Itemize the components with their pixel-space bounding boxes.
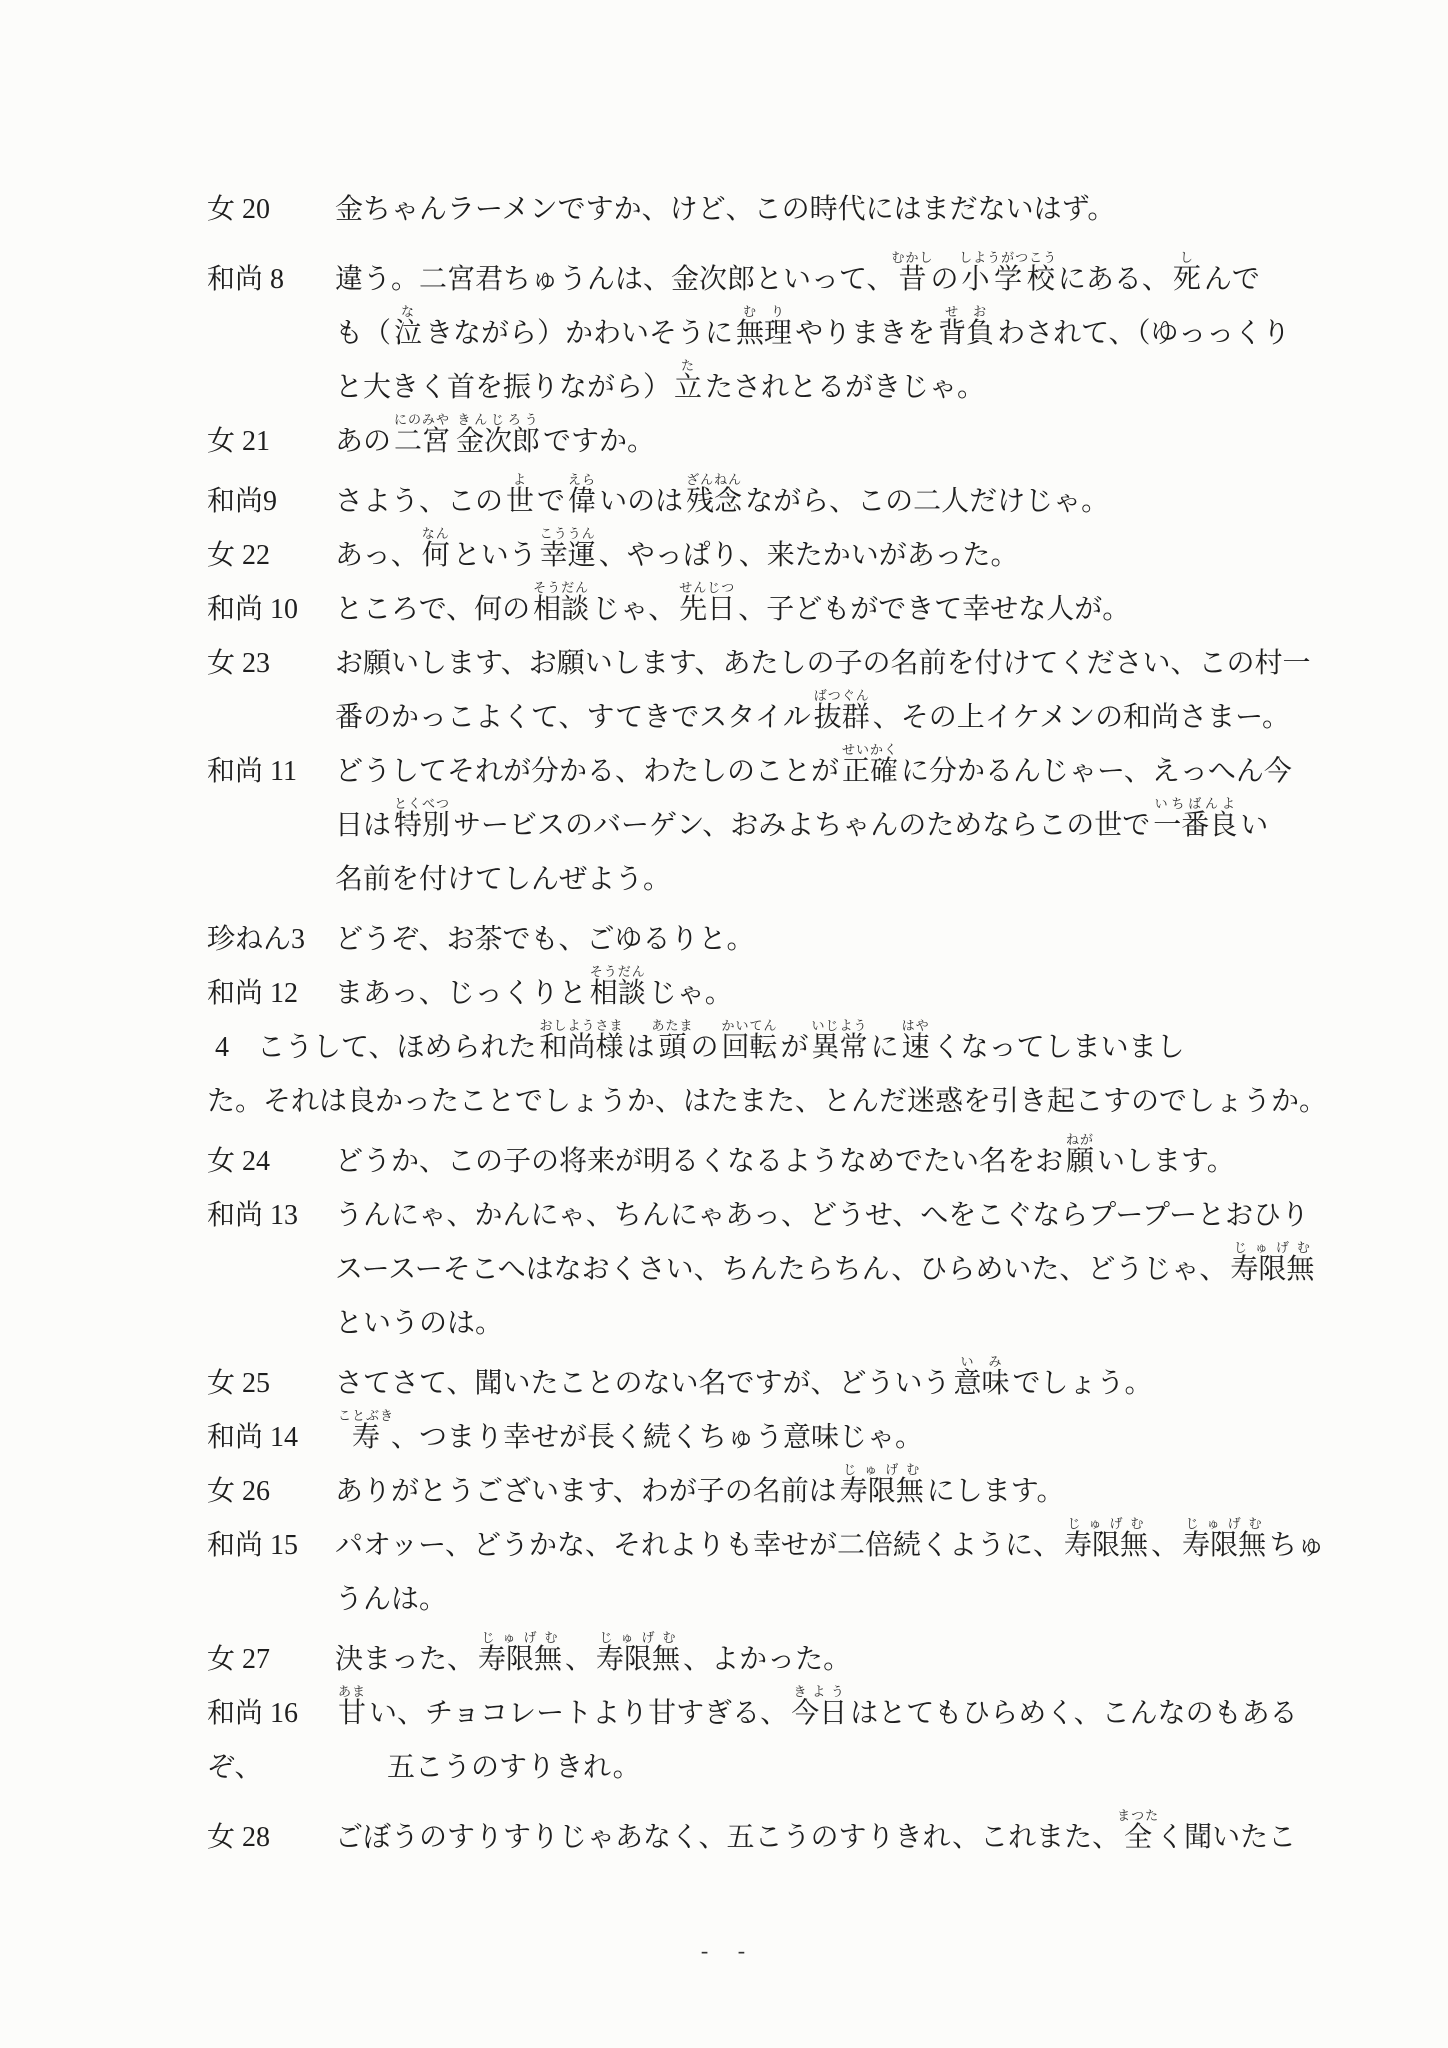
script-line: 女 28 ごぼうのすりすりじゃあなく、五こうのすりきれ、これまた、全まつたく聞い… <box>207 1800 1308 1854</box>
furigana-term: 寿限無じゅげむ <box>478 1644 562 1675</box>
line-text: た。それは良かったことでしょうか、はたまた、とんだ迷惑を引き起こすのでしょうか。 <box>207 1086 1327 1118</box>
line-text: も（泣なきながら）かわいそうに無理むりやりまきを背負せおわされて、（ゆっっくり <box>335 304 1308 350</box>
furigana-term: 速はや <box>902 1032 930 1063</box>
furigana-term: 正確せいかく <box>842 756 898 787</box>
furigana-term: 立た <box>674 372 702 403</box>
script-line: 女 27 決まった、寿限無じゅげむ、寿限無じゅげむ、よかった。 <box>207 1622 1308 1676</box>
furigana-term: 無理むり <box>736 318 792 349</box>
script-line: 和尚 15 パオッー、どうかな、それよりも幸せが二倍続くように、寿限無じゅげむ、… <box>207 1508 1308 1562</box>
line-text: 4 こうして、ほめられた和尚様おしようさまは頭あたまの回転かいてんが異常いじよう… <box>207 1018 1308 1064</box>
document-page: 女 20 金ちゃんラーメンですか、けど、この時代にはまだないはず。 和尚 8 違… <box>0 0 1448 2048</box>
speaker-label: 女 24 <box>207 1146 335 1178</box>
script-line: 和尚 8 違う。二宮君ちゅうんは、金次郎といって、昔むかしの小学校しようがつこう… <box>207 242 1308 296</box>
script-line: 和尚 12 まあっ、じっくりと相談そうだんじゃ。 <box>207 956 1308 1010</box>
speaker-label: 女 25 <box>207 1368 335 1400</box>
script-line: 女 24 どうか、この子の将来が明るくなるようなめでたい名をお願ねがいします。 <box>207 1124 1308 1178</box>
furigana-term: 泣な <box>394 318 422 349</box>
furigana-term: 頭あたま <box>657 1032 687 1063</box>
furigana-term: 昔むかし <box>897 264 927 295</box>
speaker-label: 和尚 10 <box>207 594 335 626</box>
speaker-label: 女 28 <box>207 1822 335 1854</box>
line-text: 日は特別とくべつサービスのバーゲン、おみよちゃんのためならこの世で一番良いちばん… <box>335 796 1308 842</box>
line-text: あの二宮にのみや金次郎きんじろうですか。 <box>335 412 1308 458</box>
speaker-label: 女 21 <box>207 426 335 458</box>
script-line: 和尚9 さよう、この世よで偉えらいのは残念ざんねんながら、この二人だけじゃ。 <box>207 464 1308 518</box>
script-line: も（泣なきながら）かわいそうに無理むりやりまきを背負せおわされて、（ゆっっくり <box>207 296 1308 350</box>
speaker-label: 女 20 <box>207 194 335 226</box>
furigana-term: 今日きよう <box>791 1698 847 1729</box>
speaker-label: 和尚 8 <box>207 264 335 296</box>
furigana-term: 小学校しようがつこう <box>961 264 1054 295</box>
furigana-term: 残念ざんねん <box>686 486 742 517</box>
line-text: と大きく首を振りながら）立たたされとるがきじゃ。 <box>335 358 1308 404</box>
speaker-label: 和尚 16 <box>207 1698 335 1730</box>
furigana-term: 願ねが <box>1066 1146 1094 1177</box>
furigana-term: 異常いじよう <box>812 1032 868 1063</box>
script-line: 和尚 11 どうしてそれが分かる、わたしのことが正確せいかくに分かるんじゃー、え… <box>207 734 1308 788</box>
script-line: 女 26 ありがとうございます、わが子の名前は寿限無じゅげむにします。 <box>207 1454 1308 1508</box>
line-text: パオッー、どうかな、それよりも幸せが二倍続くように、寿限無じゅげむ、寿限無じゅげ… <box>335 1516 1325 1562</box>
script-line: 和尚 13 うんにゃ、かんにゃ、ちんにゃあっ、どうせ、へをこぐならプープーとおひ… <box>207 1178 1308 1232</box>
speaker-label: 女 26 <box>207 1476 335 1508</box>
script-line: た。それは良かったことでしょうか、はたまた、とんだ迷惑を引き起こすのでしょうか。 <box>207 1064 1308 1118</box>
line-text: 名前を付けてしんぜよう。 <box>335 864 1308 896</box>
furigana-term: 抜群ばつぐん <box>814 702 870 733</box>
line-text: さてさて、聞いたことのない名ですが、どういう意味いみでしょう。 <box>335 1354 1308 1400</box>
script-line: スースーそこへはなおくさい、ちんたらちん、ひらめいた、どうじゃ、寿限無じゅげむ <box>207 1232 1308 1286</box>
script-line: と大きく首を振りながら）立たたされとるがきじゃ。 <box>207 350 1308 404</box>
line-text: ところで、何の相談そうだんじゃ、先日せんじつ、子どもができて幸せな人が。 <box>335 580 1308 626</box>
speaker-label: 和尚 12 <box>207 978 335 1010</box>
script-line: 和尚 14 寿ことぶき、つまり幸せが長く続くちゅう意味じゃ。 <box>207 1400 1308 1454</box>
script-line: 珍ねん3 どうぞ、お茶でも、ごゆるりと。 <box>207 902 1308 956</box>
line-text: というのは。 <box>335 1308 1308 1340</box>
script-line: 日は特別とくべつサービスのバーゲン、おみよちゃんのためならこの世で一番良いちばん… <box>207 788 1308 842</box>
line-text: どうか、この子の将来が明るくなるようなめでたい名をお願ねがいします。 <box>335 1132 1308 1178</box>
line-text: 寿ことぶき、つまり幸せが長く続くちゅう意味じゃ。 <box>335 1408 1308 1454</box>
speaker-label: 珍ねん3 <box>207 924 335 956</box>
furigana-term: 何なん <box>422 540 450 571</box>
line-text: 決まった、寿限無じゅげむ、寿限無じゅげむ、よかった。 <box>335 1630 1308 1676</box>
furigana-term: 寿限無じゅげむ <box>1064 1530 1148 1561</box>
speaker-label: 和尚 15 <box>207 1530 335 1562</box>
line-text: 五こうのすりきれ。 <box>335 1752 1308 1784</box>
script-line: 和尚 16 甘あまい、チョコレートより甘すぎる、今日きようはとてもひらめく、こん… <box>207 1676 1308 1730</box>
script-line: 女 22 あっ、何なんという幸運こううん、やっぱり、来たかいがあった。 <box>207 518 1308 572</box>
line-text: ありがとうございます、わが子の名前は寿限無じゅげむにします。 <box>335 1462 1308 1508</box>
furigana-term: 一番良いちばんよ <box>1153 810 1237 841</box>
furigana-term: 相談そうだん <box>590 978 646 1009</box>
furigana-term: 背負せお <box>938 318 994 349</box>
furigana-term: 寿限無じゅげむ <box>1182 1530 1266 1561</box>
furigana-term: 寿限無じゅげむ <box>1230 1254 1314 1285</box>
script-line: 女 20 金ちゃんラーメンですか、けど、この時代にはまだないはず。 <box>207 172 1308 226</box>
line-text: 金ちゃんラーメンですか、けど、この時代にはまだないはず。 <box>335 194 1308 226</box>
script-line: 名前を付けてしんぜよう。 <box>207 842 1308 896</box>
line-text: まあっ、じっくりと相談そうだんじゃ。 <box>335 964 1308 1010</box>
furigana-term: 全まつた <box>1123 1822 1153 1853</box>
furigana-term: 相談そうだん <box>533 594 589 625</box>
script-line: 女 23 お願いします、お願いします、あたしの子の名前を付けてください、この村一 <box>207 626 1308 680</box>
script-line: うんは。 <box>207 1562 1308 1616</box>
furigana-term: 幸運こううん <box>540 540 596 571</box>
speaker-label: 和尚9 <box>207 486 335 518</box>
furigana-term: 二宮にのみや <box>394 426 450 457</box>
line-text: 違う。二宮君ちゅうんは、金次郎といって、昔むかしの小学校しようがつこうにある、死… <box>335 250 1308 296</box>
speaker-label: 女 22 <box>207 540 335 572</box>
speaker-label: 和尚 14 <box>207 1422 335 1454</box>
script-line: 番のかっこよくて、すてきでスタイル抜群ばつぐん、その上イケメンの和尚さまー。 <box>207 680 1308 734</box>
line-text: ごぼうのすりすりじゃあなく、五こうのすりきれ、これまた、全まつたく聞いたこ <box>335 1808 1308 1854</box>
script-body: 女 20 金ちゃんラーメンですか、けど、この時代にはまだないはず。 和尚 8 違… <box>207 172 1308 1854</box>
line-text: 番のかっこよくて、すてきでスタイル抜群ばつぐん、その上イケメンの和尚さまー。 <box>335 688 1308 734</box>
script-line: 4 こうして、ほめられた和尚様おしようさまは頭あたまの回転かいてんが異常いじよう… <box>207 1010 1308 1064</box>
line-text: あっ、何なんという幸運こううん、やっぱり、来たかいがあった。 <box>335 526 1308 572</box>
line-text: どうぞ、お茶でも、ごゆるりと。 <box>335 924 1308 956</box>
furigana-term: 偉えら <box>568 486 596 517</box>
script-line: 女 25 さてさて、聞いたことのない名ですが、どういう意味いみでしょう。 <box>207 1346 1308 1400</box>
speaker-label: 和尚 13 <box>207 1200 335 1232</box>
line-text: うんにゃ、かんにゃ、ちんにゃあっ、どうせ、へをこぐならプープーとおひり <box>335 1200 1309 1232</box>
script-line: 女 21 あの二宮にのみや金次郎きんじろうですか。 <box>207 404 1308 458</box>
page-number-footer: - - <box>0 1938 1448 1964</box>
line-text: うんは。 <box>335 1584 1308 1616</box>
furigana-term: 特別とくべつ <box>394 810 450 841</box>
speaker-label: ぞ、 <box>207 1752 335 1784</box>
furigana-term: 甘あま <box>338 1698 366 1729</box>
speaker-label: 女 23 <box>207 648 335 680</box>
line-text: どうしてそれが分かる、わたしのことが正確せいかくに分かるんじゃー、えっへん今 <box>335 742 1308 788</box>
script-line: 和尚 10 ところで、何の相談そうだんじゃ、先日せんじつ、子どもができて幸せな人… <box>207 572 1308 626</box>
script-line: ぞ、 五こうのすりきれ。 <box>207 1730 1308 1784</box>
script-line: というのは。 <box>207 1286 1308 1340</box>
line-text: スースーそこへはなおくさい、ちんたらちん、ひらめいた、どうじゃ、寿限無じゅげむ <box>335 1240 1317 1286</box>
furigana-term: 回転かいてん <box>722 1032 778 1063</box>
furigana-term: 寿限無じゅげむ <box>596 1644 680 1675</box>
line-text: お願いします、お願いします、あたしの子の名前を付けてください、この村一 <box>335 648 1311 680</box>
furigana-term: 先日せんじつ <box>679 594 735 625</box>
furigana-term: 死し <box>1173 264 1201 295</box>
furigana-term: 世よ <box>506 486 534 517</box>
line-text: さよう、この世よで偉えらいのは残念ざんねんながら、この二人だけじゃ。 <box>335 472 1308 518</box>
furigana-term: 意味いみ <box>953 1368 1009 1399</box>
furigana-term: 和尚様おしようさま <box>539 1032 623 1063</box>
speaker-label: 女 27 <box>207 1644 335 1676</box>
line-text: 甘あまい、チョコレートより甘すぎる、今日きようはとてもひらめく、こんなのもある <box>335 1684 1308 1730</box>
speaker-label: 和尚 11 <box>207 756 335 788</box>
furigana-term: 金次郎きんじろう <box>456 426 540 457</box>
furigana-term: 寿ことぶき <box>338 1422 388 1453</box>
furigana-term: 寿限無じゅげむ <box>840 1476 924 1507</box>
